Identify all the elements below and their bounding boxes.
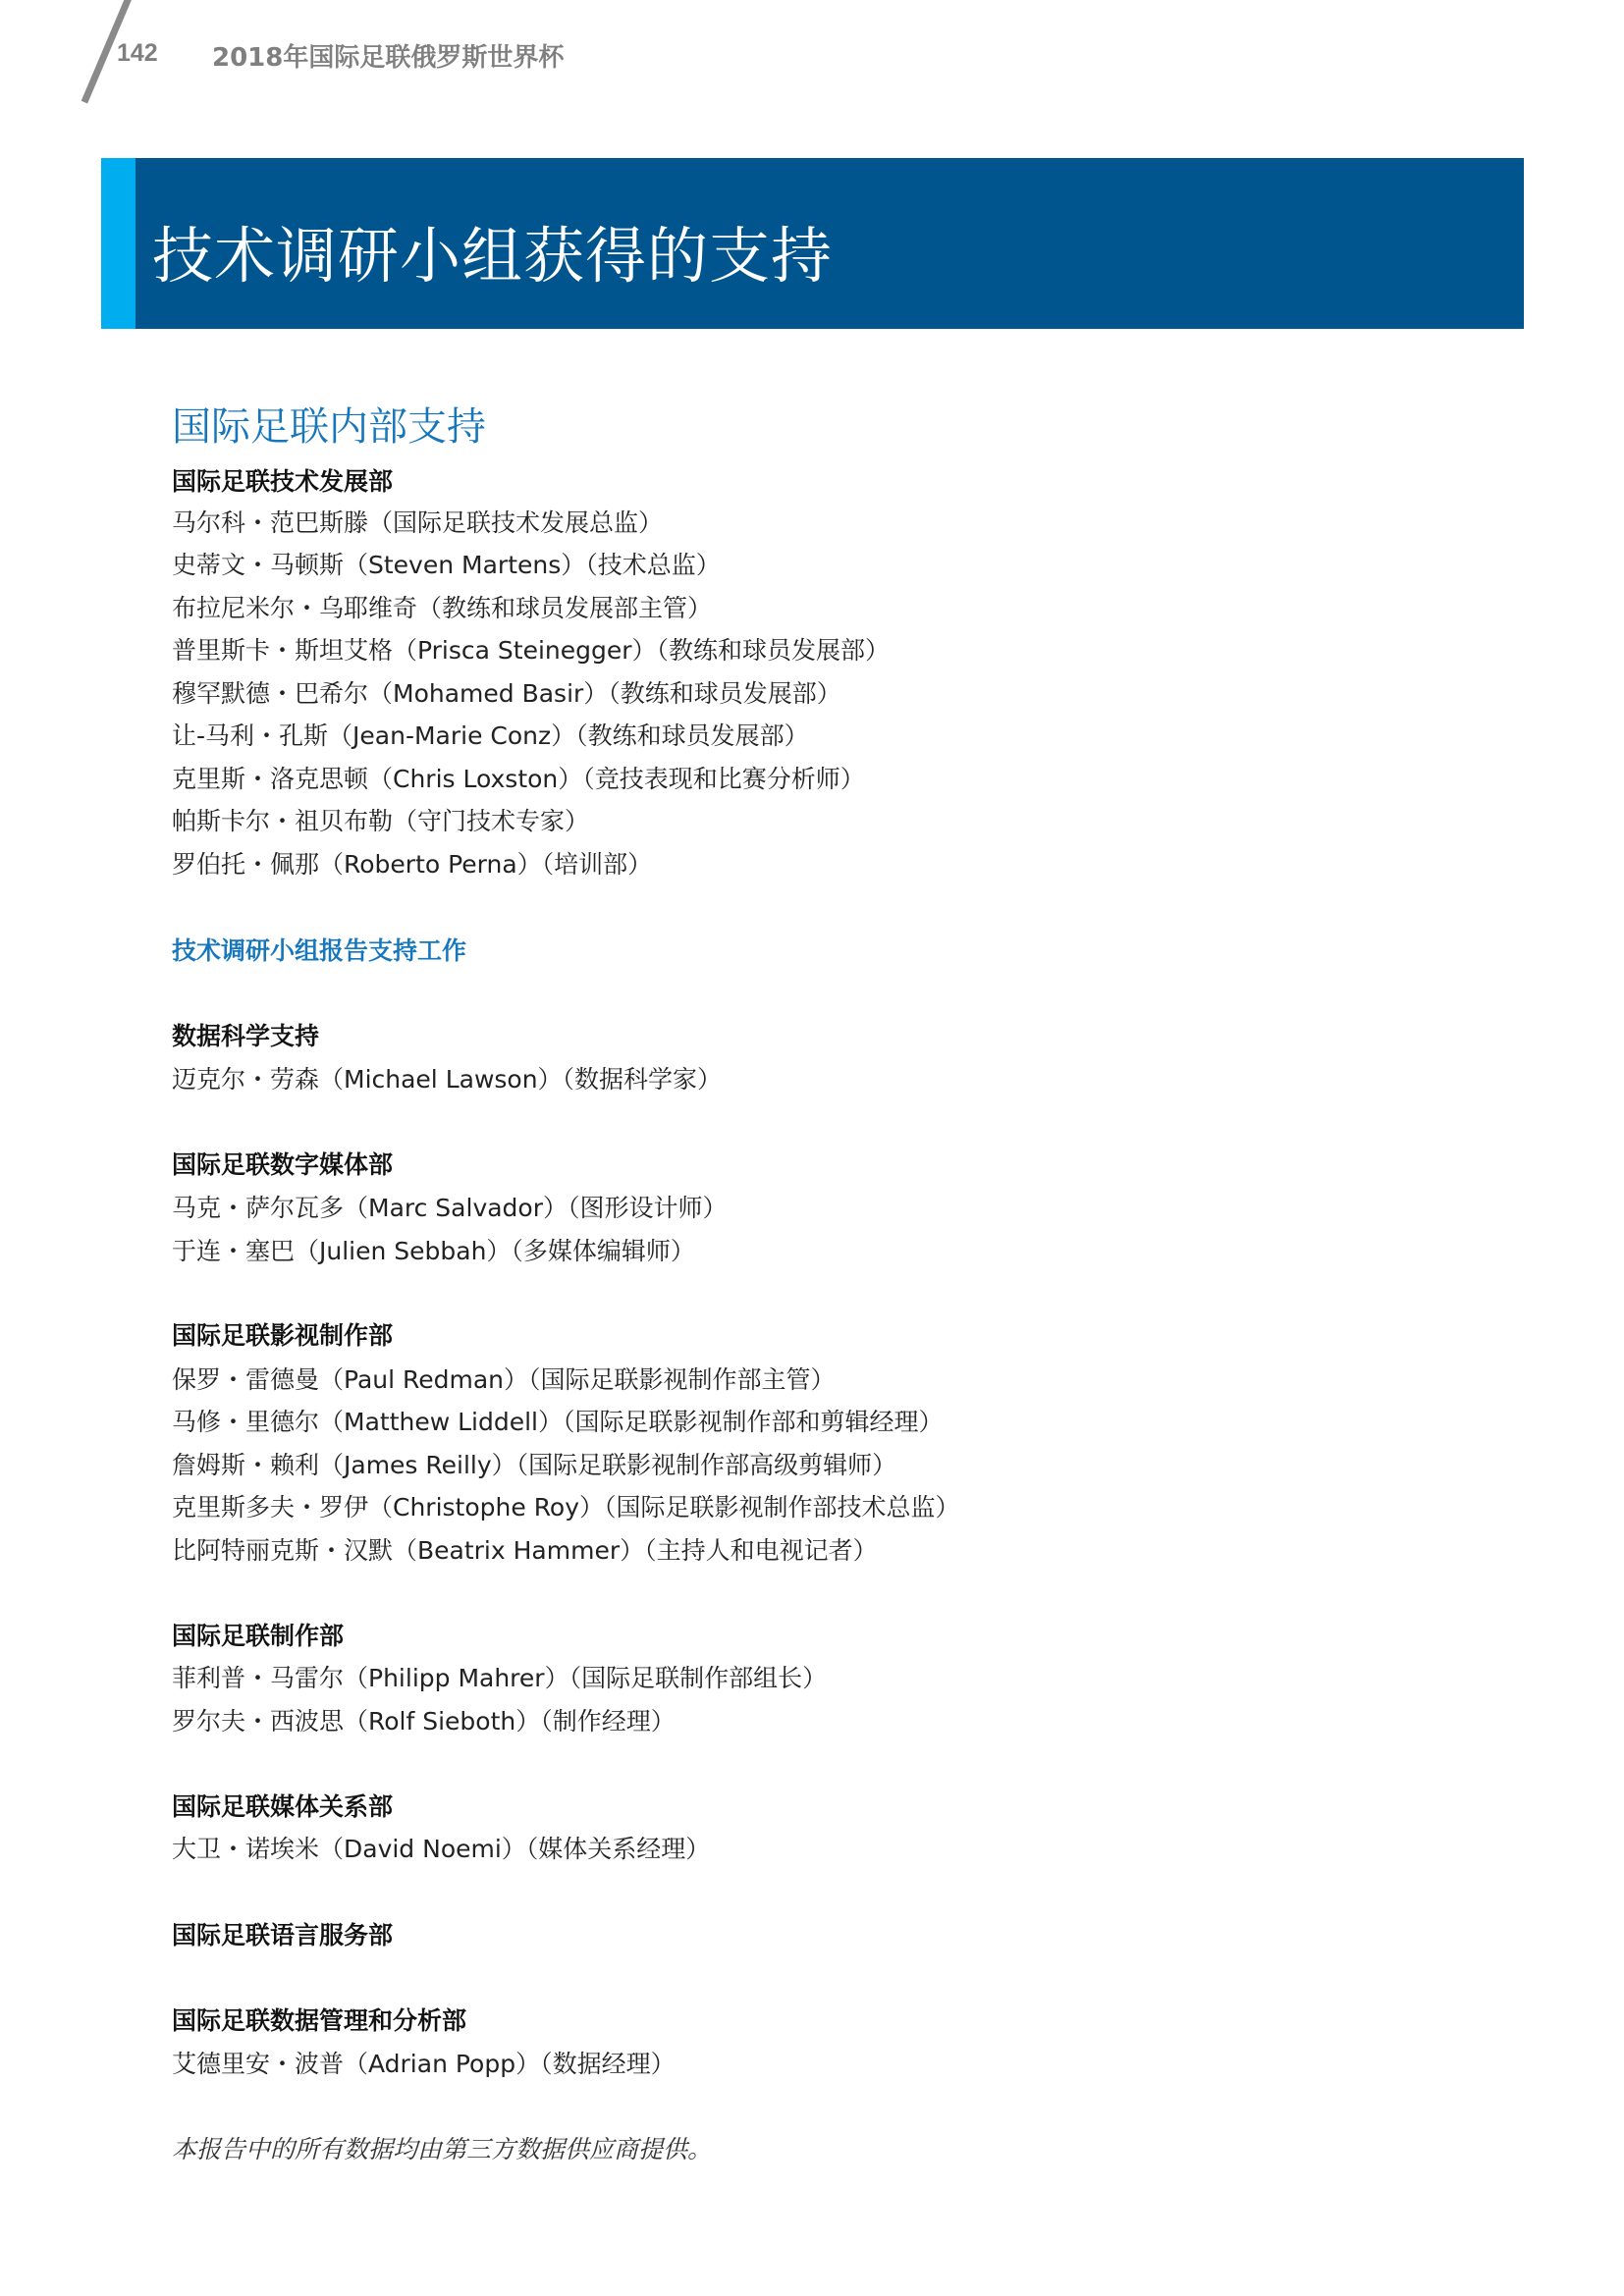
footnote: 本报告中的所有数据均由第三方数据供应商提供。 [172, 2135, 712, 2164]
list-item: 迈克尔・劳森（Michael Lawson）（数据科学家） [172, 1065, 722, 1095]
list-item: 克里斯多夫・罗伊（Christophe Roy）（国际足联影视制作部技术总监） [172, 1493, 960, 1522]
page-title: 技术调研小组获得的支持 [152, 207, 833, 294]
list-item: 比阿特丽克斯・汉默（Beatrix Hammer）（主持人和电视记者） [172, 1536, 878, 1566]
department-heading: 数据科学支持 [172, 1022, 319, 1051]
subsection-heading: 技术调研小组报告支持工作 [172, 936, 466, 966]
list-item: 马修・里德尔（Matthew Liddell）（国际足联影视制作部和剪辑经理） [172, 1408, 944, 1437]
banner-accent-strip [101, 158, 135, 329]
list-item: 保罗・雷德曼（Paul Redman）（国际足联影视制作部主管） [172, 1365, 836, 1395]
list-item: 菲利普・马雷尔（Philipp Mahrer）（国际足联制作部组长） [172, 1664, 827, 1693]
title-banner: 技术调研小组获得的支持 [101, 158, 1524, 329]
department-heading: 国际足联制作部 [172, 1622, 344, 1651]
section-heading: 国际足联内部支持 [172, 396, 486, 452]
department-heading: 国际足联语言服务部 [172, 1921, 393, 1950]
list-item: 罗尔夫・西波思（Rolf Sieboth）（制作经理） [172, 1707, 676, 1736]
list-item: 克里斯・洛克思顿（Chris Loxston）（竞技表现和比赛分析师） [172, 765, 865, 794]
department-heading: 国际足联技术发展部 [172, 467, 393, 497]
list-item: 罗伯托・佩那（Roberto Perna）（培训部） [172, 850, 652, 880]
list-item: 让-马利・孔斯（Jean-Marie Conz）（教练和球员发展部） [172, 721, 809, 751]
list-item: 穆罕默德・巴希尔（Mohamed Basir）（教练和球员发展部） [172, 679, 841, 709]
list-item: 帕斯卡尔・祖贝布勒（守门技术专家） [172, 807, 589, 836]
department-heading: 国际足联影视制作部 [172, 1321, 393, 1351]
running-title: 2018年国际足联俄罗斯世界杯 [212, 37, 564, 74]
list-item: 史蒂文・马顿斯（Steven Martens）（技术总监） [172, 551, 721, 580]
list-item: 大卫・诺埃米（David Noemi）（媒体关系经理） [172, 1835, 710, 1864]
list-item: 于连・塞巴（Julien Sebbah）（多媒体编辑师） [172, 1237, 695, 1266]
department-heading: 国际足联媒体关系部 [172, 1792, 393, 1822]
list-item: 詹姆斯・赖利（James Reilly）（国际足联影视制作部高级剪辑师） [172, 1451, 896, 1480]
page-number: 142 [117, 39, 158, 68]
list-item: 布拉尼米尔・乌耶维奇（教练和球员发展部主管） [172, 594, 712, 623]
list-item: 普里斯卡・斯坦艾格（Prisca Steinegger）（教练和球员发展部） [172, 636, 890, 666]
department-heading: 国际足联数字媒体部 [172, 1150, 393, 1180]
department-heading: 国际足联数据管理和分析部 [172, 2006, 466, 2036]
list-item: 马尔科・范巴斯滕（国际足联技术发展总监） [172, 508, 663, 538]
list-item: 艾德里安・波普（Adrian Popp）（数据经理） [172, 2050, 676, 2079]
list-item: 马克・萨尔瓦多（Marc Salvador）（图形设计师） [172, 1194, 728, 1223]
